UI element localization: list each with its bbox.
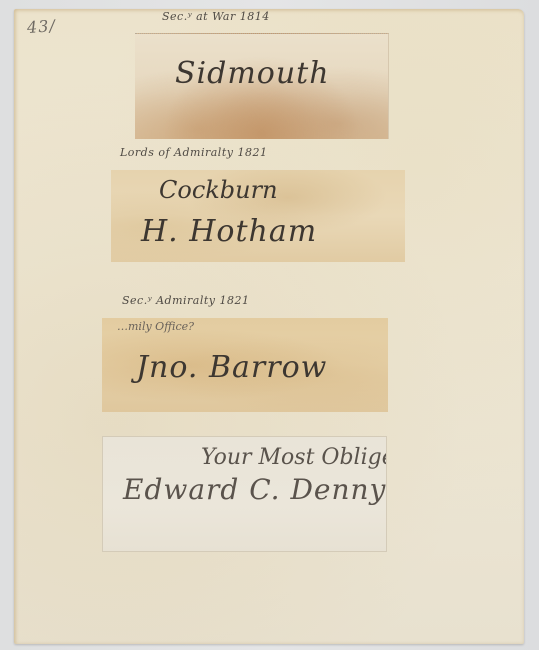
clipping-sidmouth: Sidmouth [135,33,389,139]
clipping-cockburn-hotham: Cockburn H. Hotham [111,170,405,262]
caption-lords-of-admiralty: Lords of Admiralty 1821 [120,146,267,159]
caption-sidmouth: Sec.ʸ at War 1814 [162,10,270,23]
album-page: 43/ Sec.ʸ at War 1814 Sidmouth Lords of … [14,9,524,644]
text-fragment: …mily Office? [117,320,194,333]
signature-denny: Edward C. Denny [123,473,386,506]
caption-sec-admiralty: Sec.ʸ Admiralty 1821 [122,294,250,307]
clipping-barrow: …mily Office? Jno. Barrow [102,318,388,412]
signature-sidmouth: Sidmouth [175,56,330,91]
signature-barrow: Jno. Barrow [136,350,327,385]
signature-hotham: H. Hotham [141,214,317,249]
folio-number: 43/ [26,16,56,37]
signature-cockburn: Cockburn [159,176,278,204]
closing-phrase: Your Most Obliged [201,445,387,470]
clipping-denny: Your Most Obliged Edward C. Denny [102,436,387,552]
